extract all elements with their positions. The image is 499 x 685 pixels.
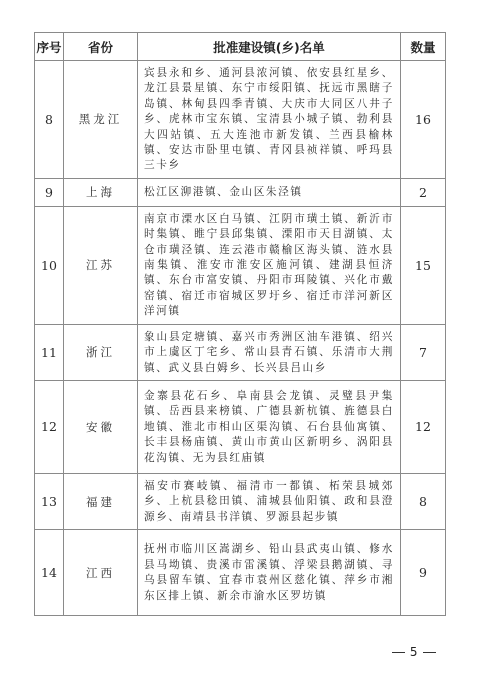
header-count: 数量	[401, 33, 446, 61]
table-row: 14 江西 抚州市临川区嵩湖乡、铅山县武夷山镇、修水县马坳镇、贵溪市雷溪镇、浮梁…	[35, 530, 446, 616]
row-names: 南京市溧水区白马镇、江阴市璜土镇、新沂市时集镇、睢宁县邱集镇、溧阳市天目湖镇、太…	[138, 206, 401, 324]
table-row: 11 浙江 象山县定塘镇、嘉兴市秀洲区油车港镇、绍兴市上虞区丁宅乡、常山县青石镇…	[35, 324, 446, 380]
row-names: 金寨县花石乡、阜南县会龙镇、灵璧县尹集镇、岳西县来榜镇、广德县新杭镇、旌德县白地…	[138, 380, 401, 473]
header-province: 省份	[64, 33, 138, 61]
row-province: 上海	[64, 178, 138, 206]
row-count: 2	[401, 178, 446, 206]
row-count: 12	[401, 380, 446, 473]
row-province: 福建	[64, 473, 138, 529]
row-names: 抚州市临川区嵩湖乡、铅山县武夷山镇、修水县马坳镇、贵溪市雷溪镇、浮梁县鹅湖镇、寻…	[138, 530, 401, 616]
row-index: 10	[35, 206, 64, 324]
row-count: 9	[401, 530, 446, 616]
row-index: 12	[35, 380, 64, 473]
header-index: 序号	[35, 33, 64, 61]
table-row: 9 上海 松江区泖港镇、金山区朱泾镇 2	[35, 178, 446, 206]
page-number-value: 5	[410, 645, 419, 659]
row-province: 黑龙江	[64, 61, 138, 179]
dash-right	[423, 652, 436, 653]
table-row: 12 安徽 金寨县花石乡、阜南县会龙镇、灵璧县尹集镇、岳西县来榜镇、广德县新杭镇…	[35, 380, 446, 473]
table-row: 13 福建 福安市赛岐镇、福清市一都镇、柘荣县城郊乡、上杭县稔田镇、浦城县仙阳镇…	[35, 473, 446, 529]
row-province: 浙江	[64, 324, 138, 380]
row-count: 16	[401, 61, 446, 179]
row-index: 9	[35, 178, 64, 206]
town-list-table: 序号 省份 批准建设镇(乡)名单 数量 8 黑龙江 宾县永和乡、通河县浓河镇、依…	[34, 32, 446, 616]
row-index: 13	[35, 473, 64, 529]
row-count: 8	[401, 473, 446, 529]
row-index: 11	[35, 324, 64, 380]
row-index: 14	[35, 530, 64, 616]
row-count: 15	[401, 206, 446, 324]
row-province: 安徽	[64, 380, 138, 473]
row-index: 8	[35, 61, 64, 179]
row-province: 江苏	[64, 206, 138, 324]
header-names: 批准建设镇(乡)名单	[138, 33, 401, 61]
page-number: 5	[392, 645, 436, 659]
row-names: 宾县永和乡、通河县浓河镇、依安县红星乡、龙江县景星镇、东宁市绥阳镇、抚远市黑瞎子…	[138, 61, 401, 179]
dash-left	[392, 652, 405, 653]
row-names: 象山县定塘镇、嘉兴市秀洲区油车港镇、绍兴市上虞区丁宅乡、常山县青石镇、乐清市大荆…	[138, 324, 401, 380]
row-names: 松江区泖港镇、金山区朱泾镇	[138, 178, 401, 206]
table-row: 10 江苏 南京市溧水区白马镇、江阴市璜土镇、新沂市时集镇、睢宁县邱集镇、溧阳市…	[35, 206, 446, 324]
row-count: 7	[401, 324, 446, 380]
table-row: 8 黑龙江 宾县永和乡、通河县浓河镇、依安县红星乡、龙江县景星镇、东宁市绥阳镇、…	[35, 61, 446, 179]
row-names: 福安市赛岐镇、福清市一都镇、柘荣县城郊乡、上杭县稔田镇、浦城县仙阳镇、政和县澄源…	[138, 473, 401, 529]
table-header-row: 序号 省份 批准建设镇(乡)名单 数量	[35, 33, 446, 61]
row-province: 江西	[64, 530, 138, 616]
